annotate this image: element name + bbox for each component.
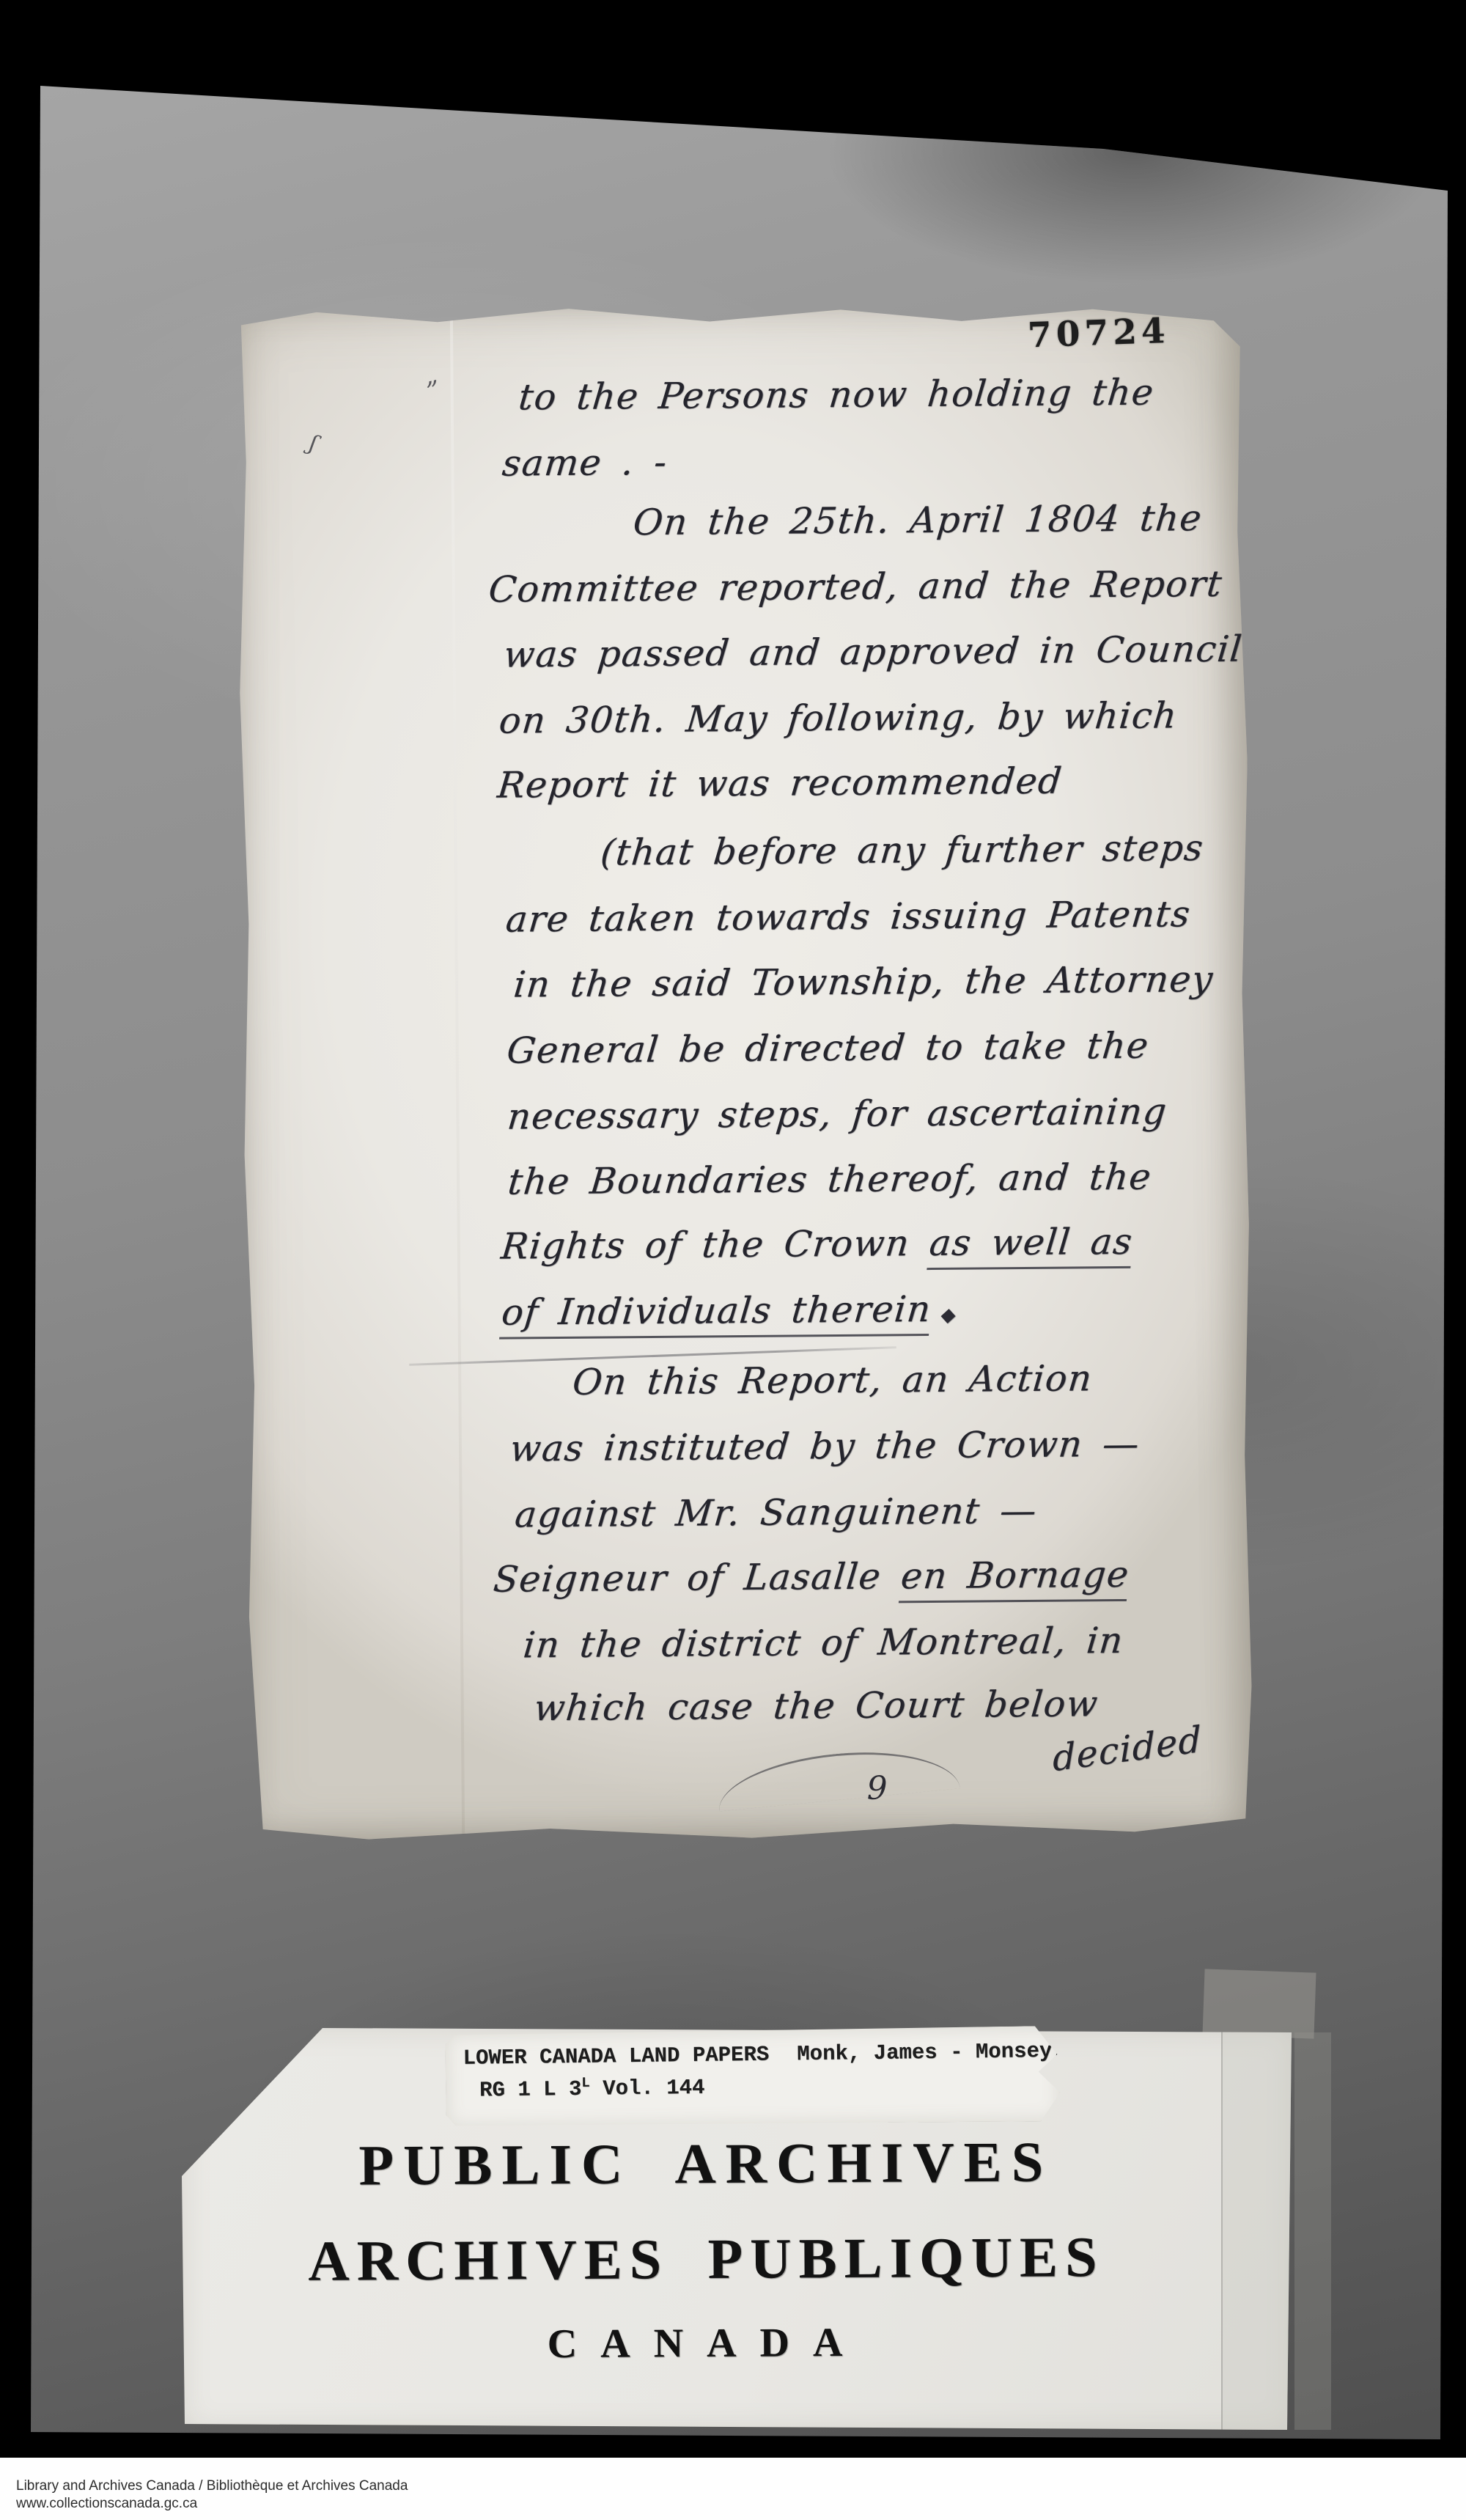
manuscript-line: was passed and approved in Council: [502, 628, 1245, 676]
label-reference: RG 1 L 3L Vol. 144: [479, 2076, 705, 2103]
manuscript-line: are taken towards issuing Patents: [504, 893, 1193, 940]
page-crease: [450, 306, 465, 1846]
margin-pen-mark: „: [421, 360, 440, 392]
manuscript-line: General be directed to take the: [505, 1025, 1151, 1072]
manuscript-line: in the said Township, the Attorney: [512, 958, 1215, 1006]
label-line-1: LOWER CANADA LAND PAPERSMonk, James - Mo…: [463, 2038, 1128, 2071]
manuscript-line: was instituted by the Crown —: [508, 1423, 1141, 1470]
pen-flourish-stroke: [715, 1743, 959, 1812]
manuscript-page: 70724 „ ʃ to the Persons now holding the…: [236, 301, 1256, 1848]
catalogue-label: LOWER CANADA LAND PAPERSMonk, James - Mo…: [445, 2026, 1061, 2128]
manuscript-line: decided: [1052, 1718, 1202, 1779]
manuscript-line: which case the Court below: [532, 1683, 1100, 1729]
manuscript-line: in the district of Montreal, in: [521, 1620, 1125, 1666]
manuscript-line: On this Report, an Action: [571, 1357, 1095, 1403]
archive-stamp-number: 70724: [1027, 311, 1170, 356]
manuscript-line: to the Persons now holding the: [517, 372, 1156, 419]
tape-piece: [1202, 1969, 1316, 2038]
stamp-line-english: PUBLIC ARCHIVES: [248, 2128, 1164, 2200]
reference-superscript: L: [581, 2075, 590, 2091]
underlined-phrase: of Individuals therein: [499, 1288, 933, 1340]
manuscript-line: On the 25th. April 1804 the: [631, 497, 1204, 543]
margin-pen-mark: ʃ: [306, 430, 320, 457]
scanned-archival-document: { "archive": { "stamp_number": "70724" }…: [0, 0, 1466, 2520]
label-series: LOWER CANADA LAND PAPERS: [463, 2043, 769, 2071]
manuscript-line: same . -: [501, 441, 670, 485]
stamp-line-canada: CANADA: [248, 2318, 1165, 2370]
manuscript-line: necessary steps, for ascertaining: [506, 1090, 1169, 1137]
manuscript-line: (that before any further steps: [599, 827, 1206, 874]
manuscript-line: Committee reported, and the Report: [487, 563, 1224, 611]
lac-attribution: Library and Archives Canada / Bibliothèq…: [16, 2478, 408, 2494]
underlined-phrase: en Bornage: [899, 1554, 1132, 1603]
page-number: 9: [866, 1770, 887, 1807]
paper-seam: [1221, 2028, 1293, 2431]
manuscript-line: of Individuals therein◆: [500, 1288, 959, 1334]
manuscript-line: the Boundaries thereof, and the: [506, 1156, 1154, 1203]
manuscript-line: Rights of the Crown as well as: [499, 1221, 1135, 1268]
underlined-phrase: as well as: [927, 1221, 1135, 1270]
manuscript-line: Seigneur of Lasalle en Bornage: [492, 1554, 1132, 1601]
photo-backing-sheet: 70724 „ ʃ to the Persons now holding the…: [22, 55, 1448, 2445]
ink-diamond-mark: ◆: [940, 1304, 957, 1326]
lac-website-url: www.collectionscanada.gc.ca: [16, 2496, 197, 2512]
manuscript-line: on 30th. May following, by which: [497, 694, 1179, 741]
manuscript-line: against Mr. Sanguinent —: [513, 1490, 1039, 1536]
tape-piece: [1294, 2032, 1331, 2430]
stamp-line-french: ARCHIVES PUBLIQUES: [248, 2224, 1164, 2295]
lac-footer-strip: Library and Archives Canada / Bibliothèq…: [0, 2458, 1466, 2520]
manuscript-line: Report it was recommended: [496, 760, 1064, 807]
